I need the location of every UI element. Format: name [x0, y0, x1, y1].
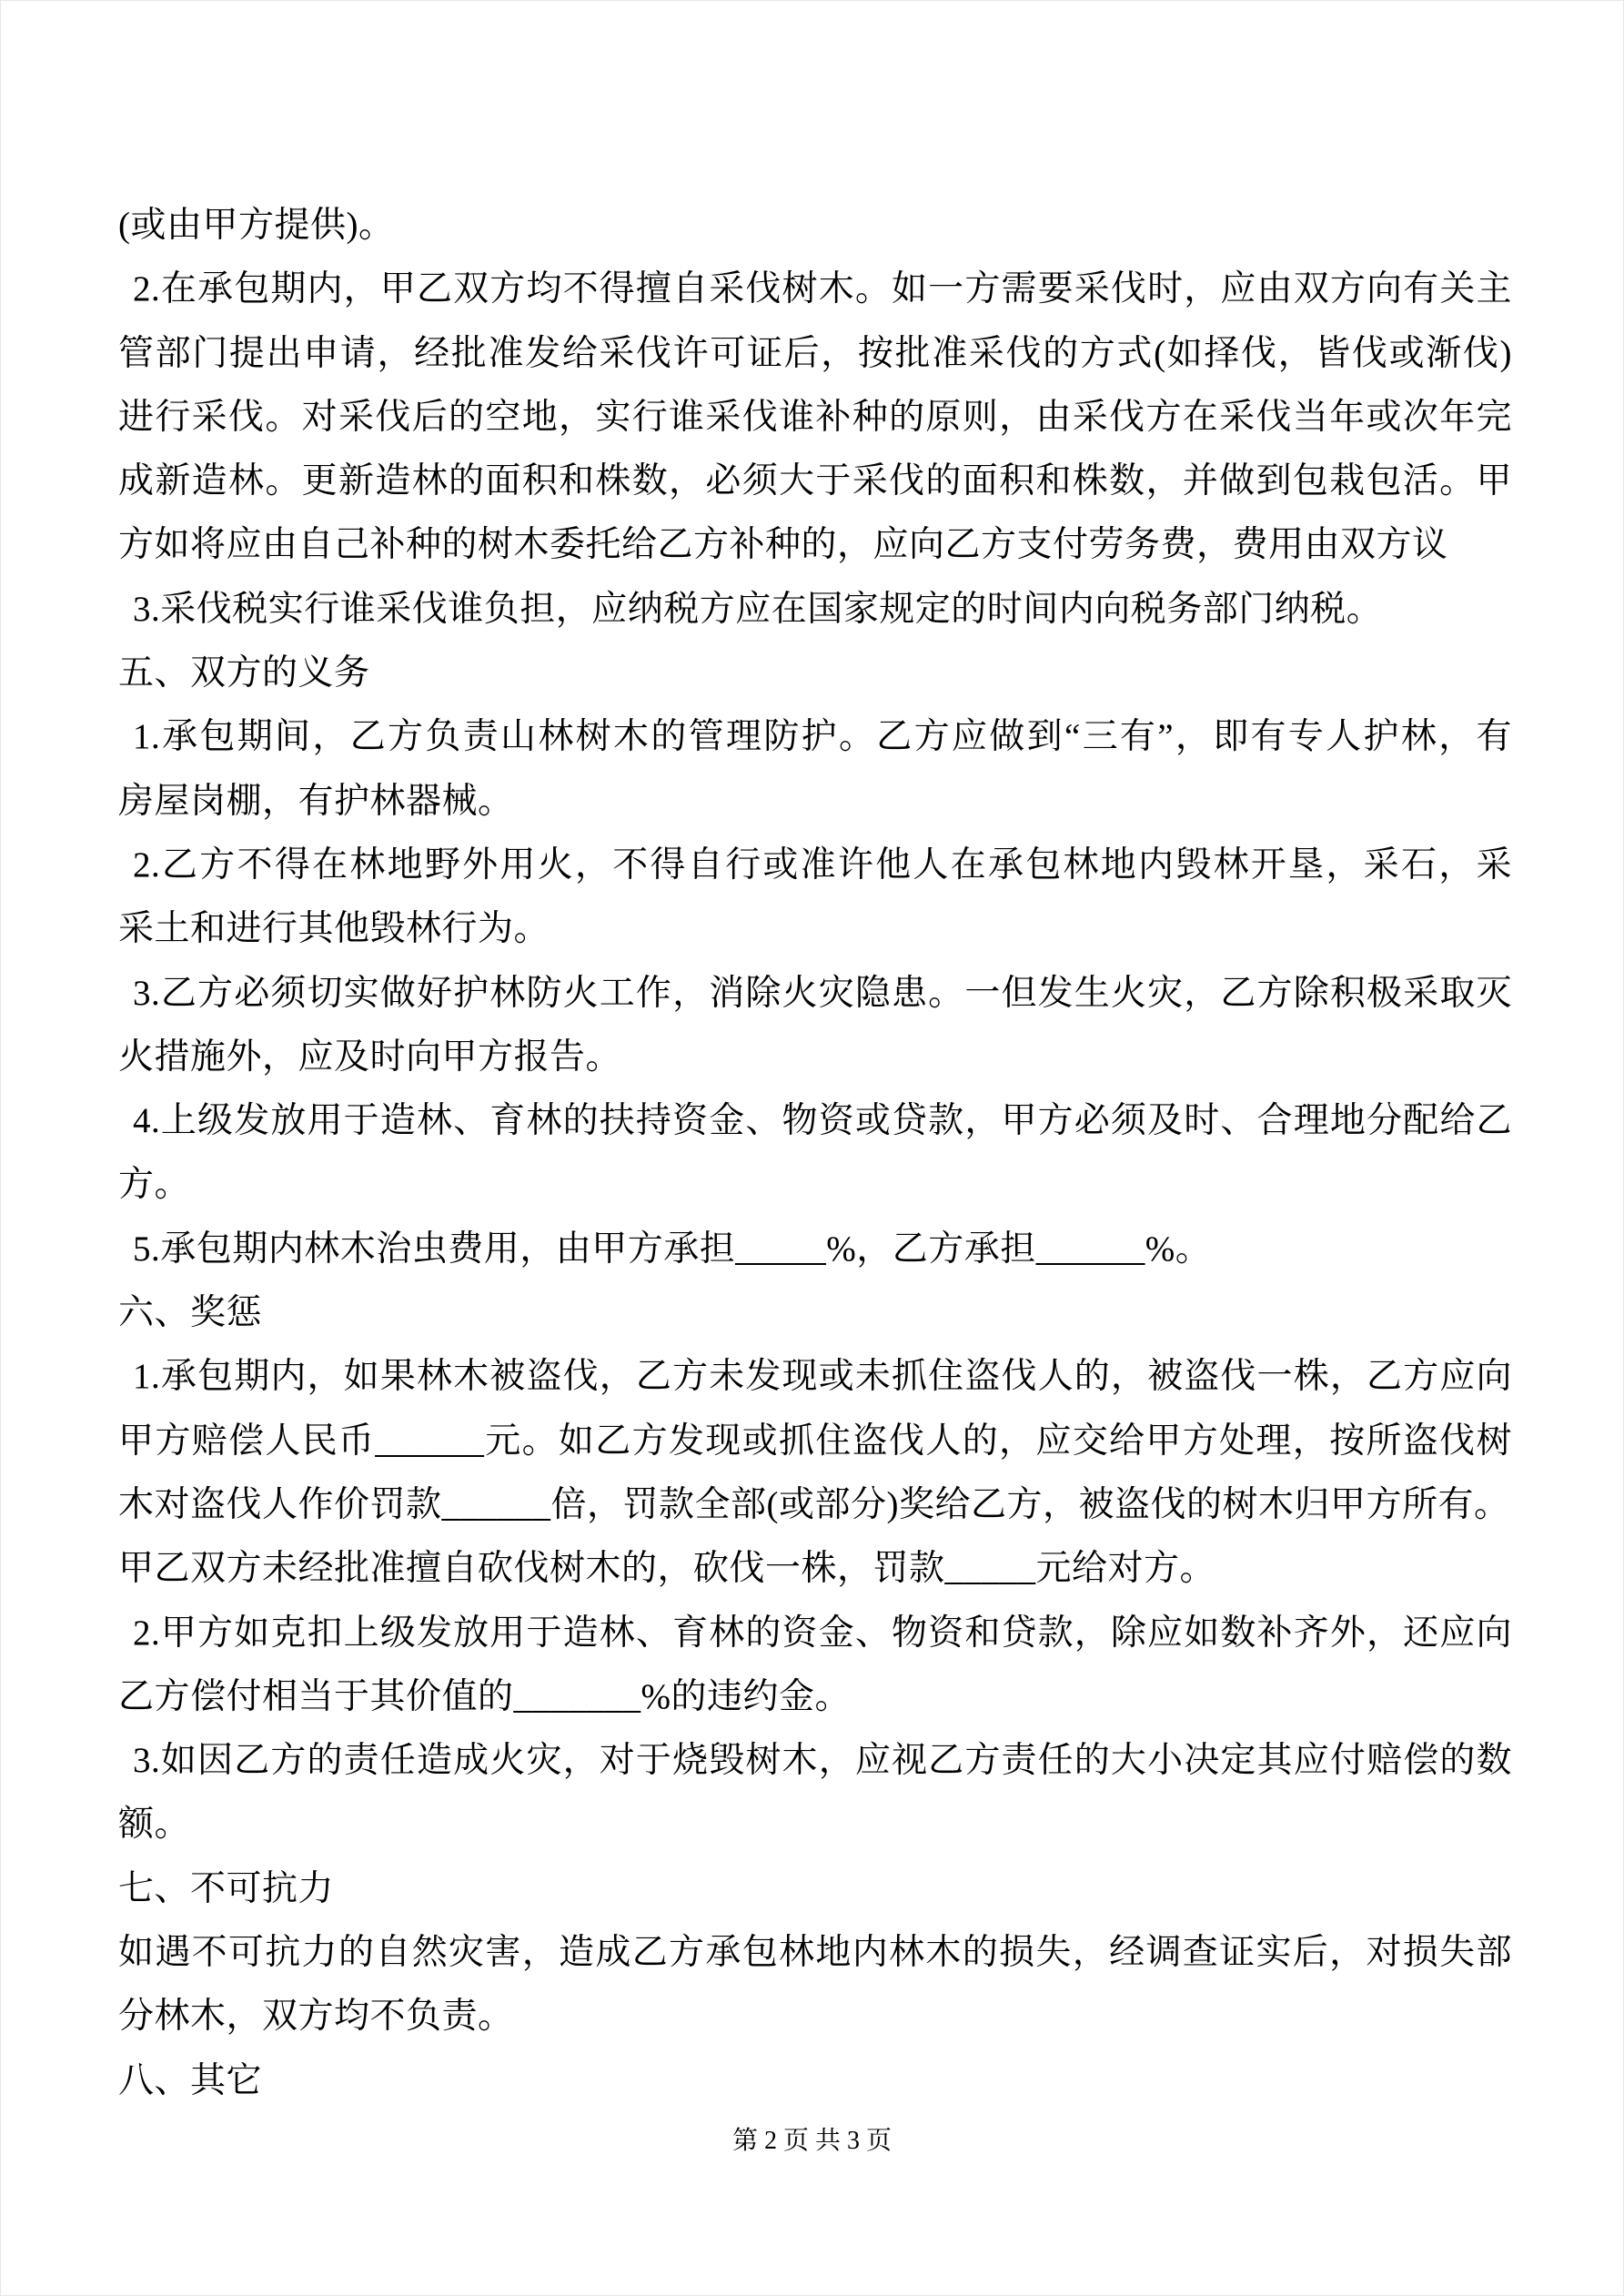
document-line: 甲乙双方未经批准擅自砍伐树木的，砍伐一株，罚款_____元给对方。 [118, 1537, 1512, 1601]
document-line: 五、双方的义务 [118, 642, 1512, 705]
document-line: 3.乙方必须切实做好护林防火工作，消除火灾隐患。一但发生火灾，乙方除积极采取灭 [118, 962, 1512, 1026]
document-line: 分林木，双方均不负责。 [118, 1985, 1512, 2048]
document-line: 八、其它 [118, 2049, 1512, 2113]
document-line: 5.承包期内林木治虫费用，由甲方承担_____%，乙方承担______%。 [118, 1218, 1512, 1281]
document-line: 乙方偿付相当于其价值的_______%的违约金。 [118, 1665, 1512, 1729]
document-line: 方。 [118, 1153, 1512, 1217]
document-line: 采土和进行其他毁林行为。 [118, 897, 1512, 961]
document-line: 2.乙方不得在林地野外用火，不得自行或准许他人在承包林地内毁林开垦，采石，采砂， [118, 834, 1512, 897]
document-line: 2.在承包期内，甲乙双方均不得擅自采伐树木。如一方需要采伐时，应由双方向有关主 [118, 258, 1512, 321]
document-body: (或由甲方提供)。2.在承包期内，甲乙双方均不得擅自采伐树木。如一方需要采伐时，… [118, 194, 1512, 2113]
document-line: 进行采伐。对采伐后的空地，实行谁采伐谁补种的原则，由采伐方在采伐当年或次年完 [118, 386, 1512, 450]
document-line: 3.采伐税实行谁采伐谁负担，应纳税方应在国家规定的时间内向税务部门纳税。 [118, 578, 1512, 642]
document-line: 木对盗伐人作价罚款______倍，罚款全部(或部分)奖给乙方，被盗伐的树木归甲方… [118, 1473, 1512, 1537]
document-line: 2.甲方如克扣上级发放用于造林、育林的资金、物资和贷款，除应如数补齐外，还应向 [118, 1602, 1512, 1665]
document-line: 甲方赔偿人民币______元。如乙方发现或抓住盗伐人的，应交给甲方处理，按所盗伐… [118, 1410, 1512, 1473]
document-line: 六、奖惩 [118, 1281, 1512, 1345]
page-number: 第 2 页 共 3 页 [732, 2127, 892, 2155]
document-line: 火措施外，应及时向甲方报告。 [118, 1026, 1512, 1089]
document-line: 如遇不可抗力的自然灾害，造成乙方承包林地内林木的损失，经调查证实后，对损失部 [118, 1921, 1512, 1985]
document-line: 方如将应由自己补种的树木委托给乙方补种的，应向乙方支付劳务费，费用由双方议定。 [118, 513, 1512, 577]
document-line: 管部门提出申请，经批准发给采伐许可证后，按批准采伐的方式(如择伐，皆伐或渐伐) [118, 322, 1512, 386]
document-line: 3.如因乙方的责任造成火灾，对于烧毁树木，应视乙方责任的大小决定其应付赔偿的数 [118, 1729, 1512, 1793]
document-page: (或由甲方提供)。2.在承包期内，甲乙双方均不得擅自采伐树木。如一方需要采伐时，… [0, 0, 1624, 2296]
document-line: 七、不可抗力 [118, 1857, 1512, 1921]
document-line: 成新造林。更新造林的面积和株数，必须大于采伐的面积和株数，并做到包栽包活。甲 [118, 450, 1512, 513]
document-line: 1.承包期内，如果林木被盗伐，乙方未发现或未抓住盗伐人的，被盗伐一株，乙方应向 [118, 1345, 1512, 1409]
document-line: 额。 [118, 1793, 1512, 1856]
document-line: 1.承包期间，乙方负责山林树木的管理防护。乙方应做到“三有”，即有专人护林，有 [118, 705, 1512, 769]
document-line: 4.上级发放用于造林、育林的扶持资金、物资或贷款，甲方必须及时、合理地分配给乙 [118, 1089, 1512, 1153]
document-line: 房屋岗棚，有护林器械。 [118, 770, 1512, 834]
page-footer: 第 2 页 共 3 页 [0, 2123, 1624, 2159]
document-line: (或由甲方提供)。 [118, 194, 1512, 258]
